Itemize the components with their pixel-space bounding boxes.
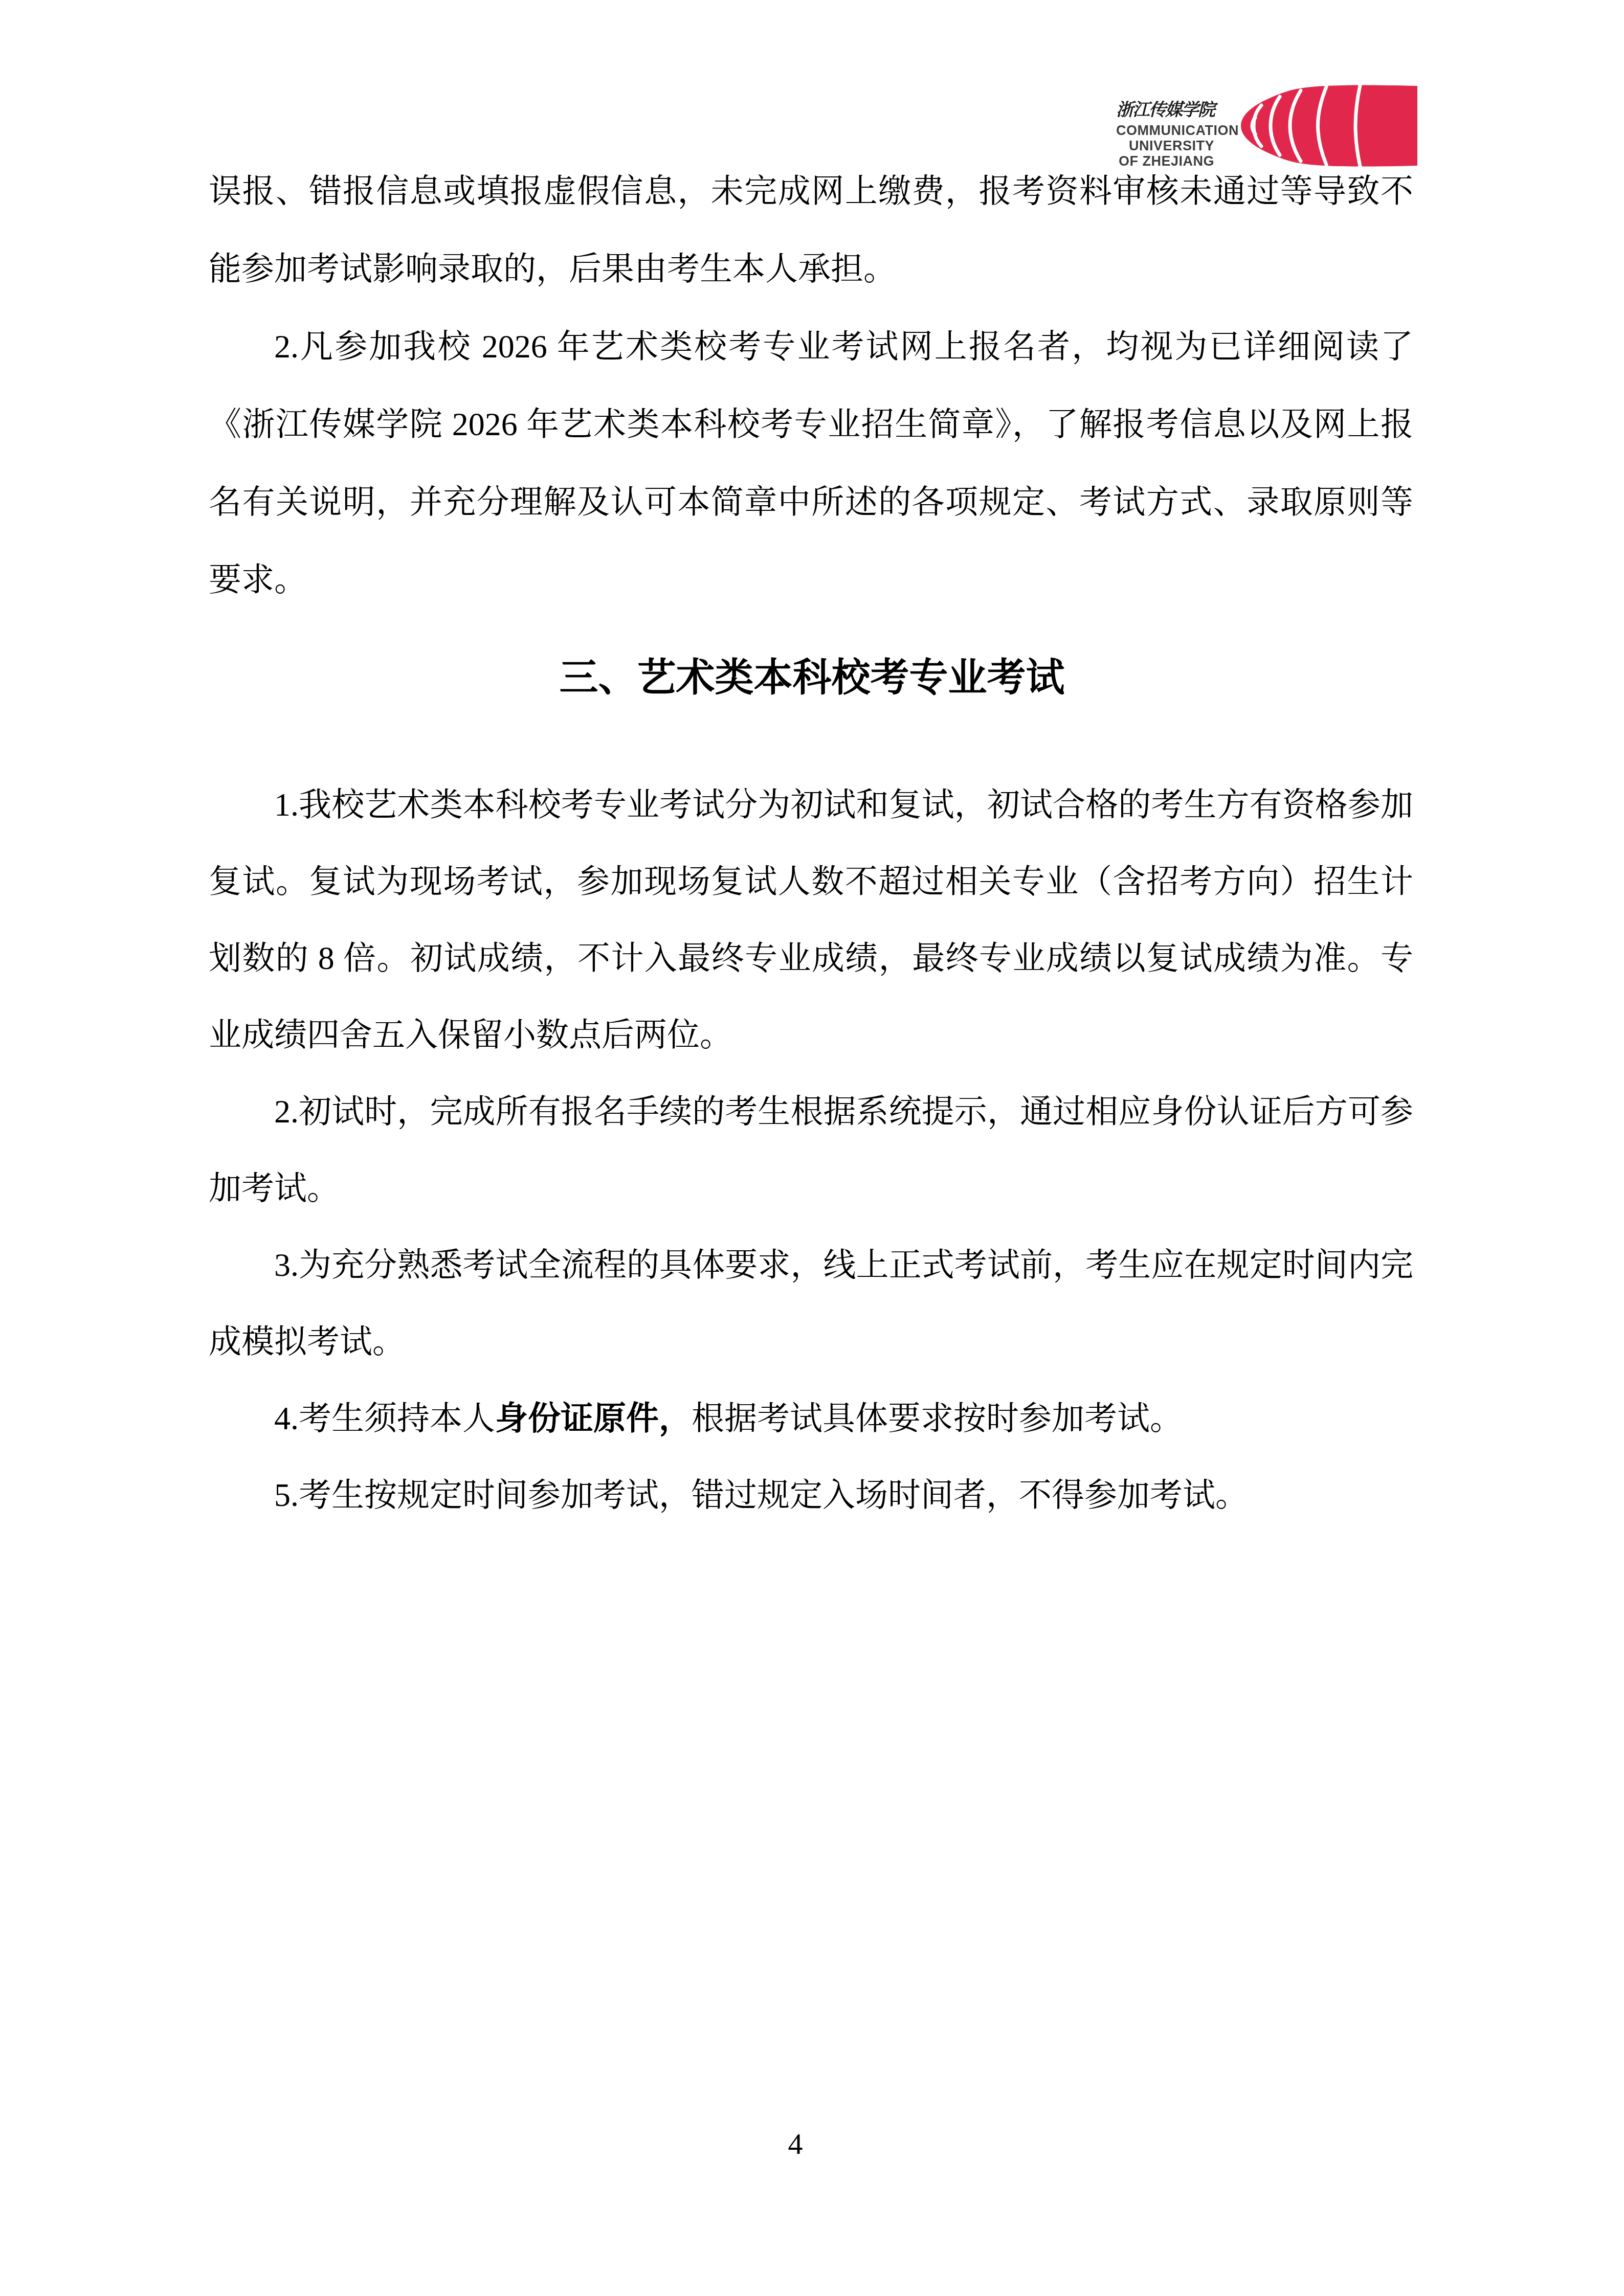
document-page: 浙江传媒学院 COMMUNICATION UNIVERSITY OF ZHEJI… (0, 0, 1624, 2296)
logo-english-line: COMMUNICATION (1116, 123, 1214, 138)
paragraph-bold-run: 身份证原件， (495, 1400, 692, 1436)
section-heading: 三、艺术类本科校考专业考试 (0, 654, 1624, 703)
top-paragraphs: 误报、错报信息或填报虚假信息，未完成网上缴费，报考资料审核未通过等导致不能参加考… (209, 152, 1413, 619)
paragraph-item-4: 4.考生须持本人身份证原件，根据考试具体要求按时参加考试。 (209, 1380, 1413, 1457)
paragraph-continuation: 误报、错报信息或填报虚假信息，未完成网上缴费，报考资料审核未通过等导致不能参加考… (209, 152, 1413, 308)
section-paragraphs: 1.我校艺术类本科校考专业考试分为初试和复试，初试合格的考生方有资格参加复试。复… (209, 767, 1413, 1534)
logo-english-line: UNIVERSITY (1116, 138, 1214, 153)
paragraph-item-2: 2.凡参加我校 2026 年艺术类校考专业考试网上报名者，均视为已详细阅读了《浙… (209, 308, 1413, 619)
page-number: 4 (0, 2127, 1591, 2161)
paragraph-item-3: 3.为充分熟悉考试全流程的具体要求，线上正式考试前，考生应在规定时间内完成模拟考… (209, 1227, 1413, 1380)
paragraph-run: 4.考生须持本人 (274, 1400, 495, 1436)
paragraph-item-5: 5.考生按规定时间参加考试，错过规定入场时间者，不得参加考试。 (209, 1457, 1413, 1534)
logo-chinese-name: 浙江传媒学院 (1116, 100, 1214, 121)
paragraph-item-1: 1.我校艺术类本科校考专业考试分为初试和复试，初试合格的考生方有资格参加复试。复… (209, 767, 1413, 1073)
paragraph-run: 根据考试具体要求按时参加考试。 (692, 1400, 1183, 1436)
paragraph-item-2: 2.初试时，完成所有报名手续的考生根据系统提示，通过相应身份认证后方可参加考试。 (209, 1073, 1413, 1227)
